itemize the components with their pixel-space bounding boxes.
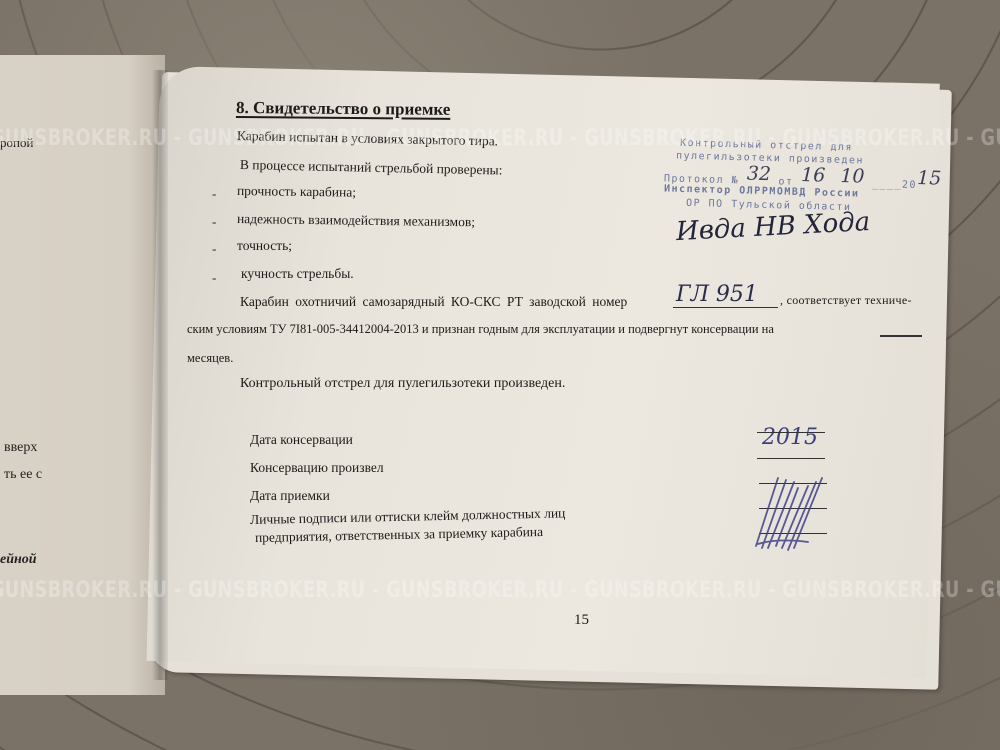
check-item: надежность взаимодействия механизмов; bbox=[237, 211, 475, 230]
tested-intro-text: В процессе испытаний стрельбой проверены… bbox=[240, 157, 503, 178]
conformity-text: ским условиям ТУ 7I81-005-34412004-2013 … bbox=[187, 322, 774, 337]
acceptance-field-label: предприятия, ответственных за приемку ка… bbox=[255, 524, 543, 546]
acceptance-field-label: Дата приемки bbox=[250, 488, 330, 504]
watermark: GUNSBROKER.RU - GUNSBROKER.RU - GUNSBROK… bbox=[0, 126, 870, 151]
bullet-icon: - bbox=[212, 186, 216, 202]
left-page-fragment: вверх bbox=[4, 440, 37, 456]
protocol-day: 16 bbox=[801, 164, 826, 187]
check-item: точность; bbox=[237, 238, 292, 254]
protocol-year-prefix: 20 bbox=[902, 180, 917, 191]
conservation-date-value: 2015 bbox=[762, 425, 818, 450]
protocol-number: 32 bbox=[747, 163, 772, 186]
conformity-text: Карабин охотничий самозарядный КО-СКС РТ… bbox=[240, 294, 627, 310]
bullet-icon: - bbox=[212, 214, 216, 230]
inspector-signature: Ивда НВ Хода bbox=[675, 207, 871, 247]
left-page-fragment: ть ее с bbox=[4, 467, 42, 483]
bullet-icon: - bbox=[212, 241, 216, 257]
serial-underline bbox=[673, 307, 778, 308]
section-title: 8. Свидетельство о приемке bbox=[236, 98, 451, 120]
left-page-fragment: ейной bbox=[0, 552, 37, 568]
check-item: кучность стрельбы. bbox=[241, 266, 354, 282]
page-number: 15 bbox=[574, 612, 589, 629]
field-line bbox=[757, 432, 825, 433]
conformity-text: месяцев. bbox=[187, 351, 233, 366]
page-content: ропой вверх ть ее с ейной 8. Свидетельст… bbox=[0, 0, 1000, 750]
field-line bbox=[757, 458, 825, 459]
acceptance-field-label: Консервацию произвел bbox=[250, 460, 384, 476]
protocol-year: 15 bbox=[917, 167, 942, 190]
protocol-month: 10 bbox=[840, 165, 865, 188]
acceptance-signature bbox=[748, 468, 838, 558]
bullet-icon: - bbox=[212, 270, 216, 286]
serial-number-handwritten: ГЛ 951 bbox=[676, 282, 758, 307]
watermark: GUNSBROKER.RU - GUNSBROKER.RU - GUNSBROK… bbox=[0, 578, 870, 603]
months-blank bbox=[880, 335, 922, 337]
check-item: прочность карабина; bbox=[237, 183, 356, 201]
control-shot-text: Контрольный отстрел для пулегильзотеки п… bbox=[240, 376, 565, 392]
conformity-text: , соответствует техниче- bbox=[780, 293, 912, 308]
acceptance-field-label: Дата консервации bbox=[250, 432, 353, 448]
